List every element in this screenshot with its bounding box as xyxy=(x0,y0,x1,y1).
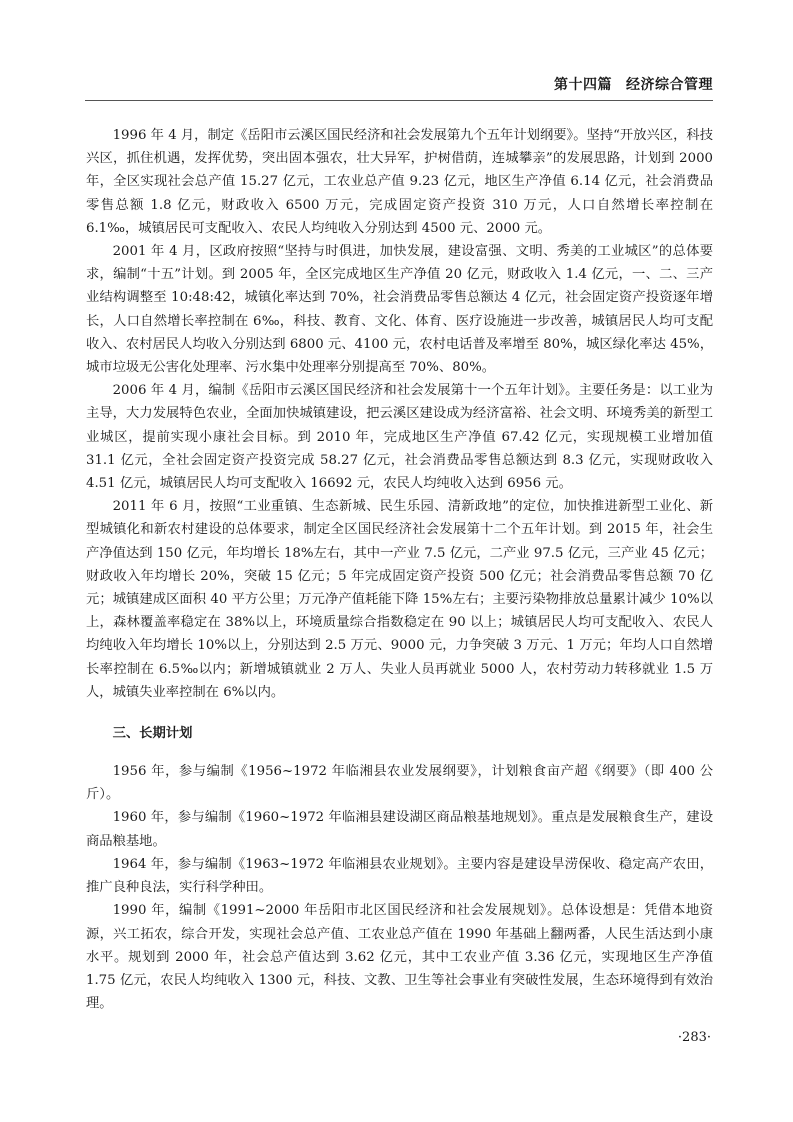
header-title: 经济综合管理 xyxy=(626,77,713,93)
paragraph-1960-plan: 1960 年，参与编制《1960~1972 年临湘县建设湖区商品粮基地规划》。重… xyxy=(86,806,713,852)
page-body: 1996 年 4 月，制定《岳阳市云溪区国民经济和社会发展第九个五年计划纲要》。… xyxy=(86,124,713,1015)
page-number: ·283· xyxy=(678,1030,711,1045)
paragraph-2011-plan: 2011 年 6 月，按照“工业重镇、生态新城、民生乐园、清新政地”的定位，加快… xyxy=(86,495,713,704)
header-rule xyxy=(85,100,713,101)
section-heading-long-term: 三、长期计划 xyxy=(86,722,713,745)
paragraph-1956-plan: 1956 年，参与编制《1956~1972 年临湘县农业发展纲要》，计划粮食亩产… xyxy=(86,760,713,806)
running-header: 第十四篇经济综合管理 xyxy=(554,74,713,94)
header-part: 第十四篇 xyxy=(554,77,612,93)
paragraph-2006-plan: 2006 年 4 月，编制《岳阳市云溪区国民经济和社会发展第十一个五年计划》。主… xyxy=(86,379,713,495)
paragraph-2001-plan: 2001 年 4 月，区政府按照“坚持与时俱进，加快发展，建设富强、文明、秀美的… xyxy=(86,240,713,379)
paragraph-1964-plan: 1964 年，参与编制《1963~1972 年临湘县农业规划》。主要内容是建设旱… xyxy=(86,853,713,899)
paragraph-1990-plan: 1990 年，编制《1991~2000 年岳阳市北区国民经济和社会发展规划》。总… xyxy=(86,899,713,1015)
paragraph-1996-plan: 1996 年 4 月，制定《岳阳市云溪区国民经济和社会发展第九个五年计划纲要》。… xyxy=(86,124,713,240)
